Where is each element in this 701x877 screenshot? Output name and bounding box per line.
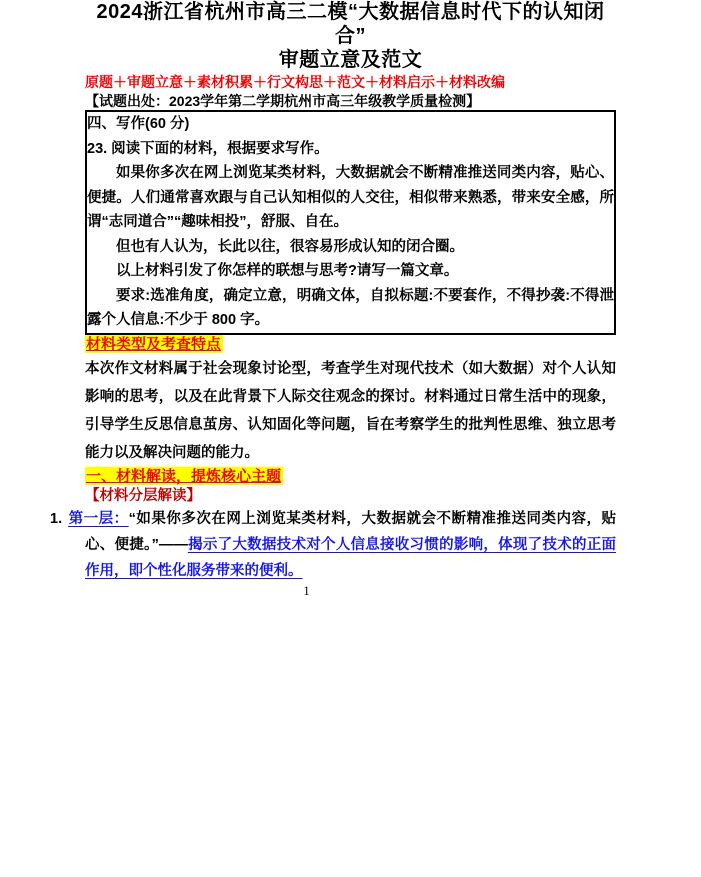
section-heading-material-type: 材料类型及考查特点 xyxy=(85,335,616,355)
question-requirements-line: 要求:选准角度，确定立意，明确文体，自拟标题:不要套作，不得抄袭:不得泄露个人信… xyxy=(87,284,614,333)
document-title-line-2: 审题立意及范文 xyxy=(85,48,616,72)
page-number: 1 xyxy=(41,584,572,599)
list-item-number: 1. xyxy=(50,511,68,527)
question-material-paragraph-1: 如果你多次在网上浏览某类材料，大数据就会不断精准推送同类内容，贴心、便捷。人们通… xyxy=(87,161,614,235)
question-item-number-line: 23. 阅读下面的材料，根据要求写作。 xyxy=(87,137,614,162)
interpretation-list-item-1: 1.第一层：“如果你多次在网上浏览某类材料，大数据就会不断精准推送同类内容，贴心… xyxy=(85,506,616,584)
document-title-line-1: 2024浙江省杭州市高三二模“大数据信息时代下的认知闭合” xyxy=(85,0,616,48)
list-item-label: 第一层： xyxy=(68,511,129,527)
section-heading-material-interpretation: 一、材料解读，提炼核心主题 xyxy=(85,467,616,487)
question-material-paragraph-2: 但也有人认为，长此以往，很容易形成认知的闭合圈。 xyxy=(87,235,614,260)
em-dash: —— xyxy=(159,537,188,553)
material-type-analysis-paragraph: 本次作文材料属于社会现象讨论型，考查学生对现代技术（如大数据）对个人认知影响的思… xyxy=(85,355,616,467)
highlighted-heading-text: 一、材料解读，提炼核心主题 xyxy=(85,467,283,485)
exam-source-line: 【试题出处：2023学年第二学期杭州市高三年级教学质量检测】 xyxy=(85,92,616,110)
subheading-layered-interpretation: 【材料分层解读】 xyxy=(85,487,616,506)
exam-question-box: 四、写作(60 分) 23. 阅读下面的材料，根据要求写作。 如果你多次在网上浏… xyxy=(85,110,616,335)
question-section-title: 四、写作(60 分) xyxy=(87,112,614,137)
highlighted-heading-text: 材料类型及考查特点 xyxy=(85,335,223,353)
content-summary-line: 原题＋审题立意＋素材积累＋行文构思＋范文＋材料启示＋材料改编 xyxy=(85,72,616,92)
question-prompt-line: 以上材料引发了你怎样的联想与思考?请写一篇文章。 xyxy=(87,259,614,284)
document-page: 2024浙江省杭州市高三二模“大数据信息时代下的认知闭合” 审题立意及范文 原题… xyxy=(0,0,701,877)
